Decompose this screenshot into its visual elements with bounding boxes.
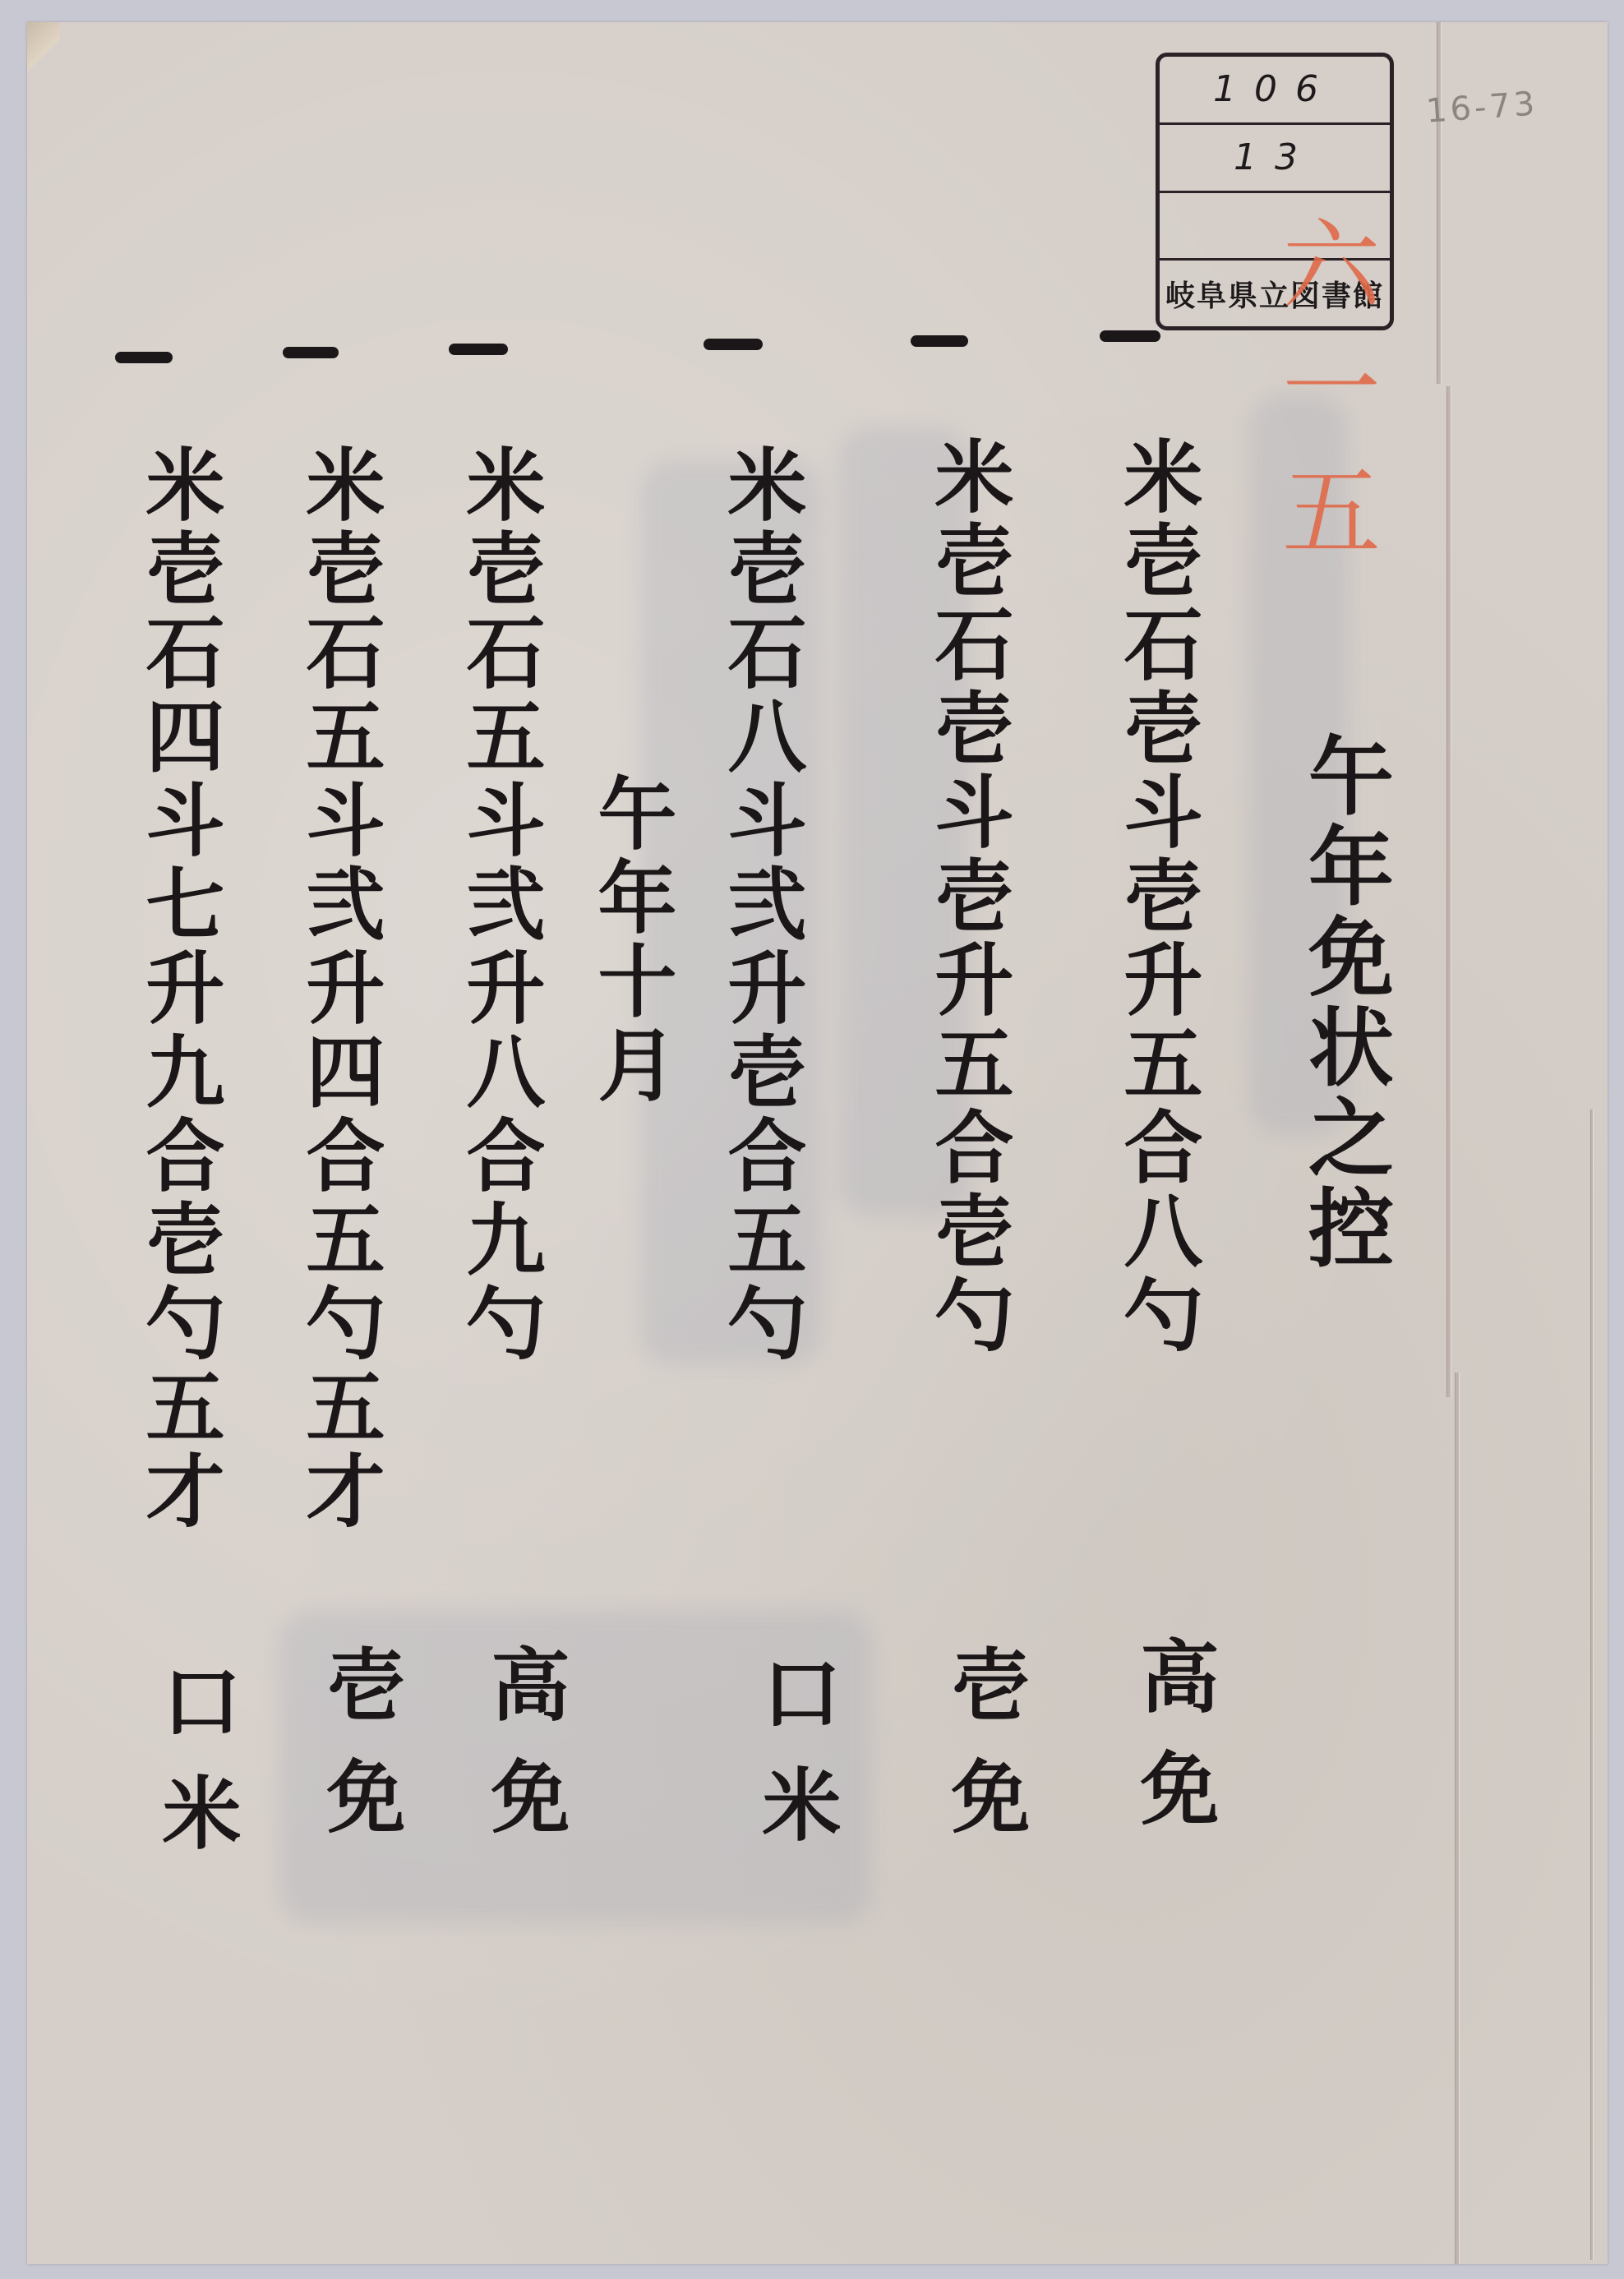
red-numeral: 五	[1282, 452, 1381, 575]
item-amount-1: 米壱石壱斗壱升五合八勺	[1101, 436, 1214, 1358]
folded-corner	[27, 22, 60, 72]
item-bullet-3	[704, 339, 763, 350]
item-amount-6: 米壱石四斗七升九合壱勺五才	[123, 444, 236, 1534]
stamp-classification: 106	[1160, 57, 1390, 125]
red-numeral: 一	[1282, 329, 1381, 452]
item-amount-3: 米壱石八斗弐升壱合五勺	[705, 444, 818, 1366]
item-bullet-1	[1100, 330, 1160, 342]
red-numeral: 六	[1282, 205, 1381, 329]
binding-crease-middle	[1446, 386, 1451, 1397]
item-footer-5: 壱免	[304, 1644, 417, 1867]
item-footer-2: 壱免	[929, 1644, 1041, 1867]
pencil-annotation: 16-73	[1425, 85, 1539, 130]
item-amount-5: 米壱石五斗弐升四合五勺五才	[284, 444, 396, 1534]
item-footer-1: 高免	[1118, 1635, 1230, 1859]
item-bullet-2	[911, 335, 968, 347]
item-footer-6: 口米	[140, 1660, 252, 1884]
item-bullet-4	[449, 344, 508, 355]
item-amount-4: 米壱石五斗弐升八合九勺	[444, 444, 556, 1366]
stamp-number: 13	[1160, 125, 1390, 193]
red-ink-numerals: 六 一 五	[1249, 205, 1414, 575]
binding-edge	[1590, 1110, 1594, 2260]
item-bullet-5	[283, 347, 339, 358]
item-bullet-6	[115, 352, 173, 363]
document-title: 午年免状之控	[1282, 731, 1405, 1274]
binding-crease-upper	[1437, 22, 1442, 384]
item-amount-2: 米壱石壱斗壱升五合壱勺	[912, 436, 1025, 1358]
item-footer-4: 高免	[468, 1644, 581, 1867]
binding-crease-lower	[1455, 1372, 1460, 2264]
date-note: 午年十月	[575, 773, 688, 1108]
item-footer-3: 口米	[740, 1652, 852, 1875]
